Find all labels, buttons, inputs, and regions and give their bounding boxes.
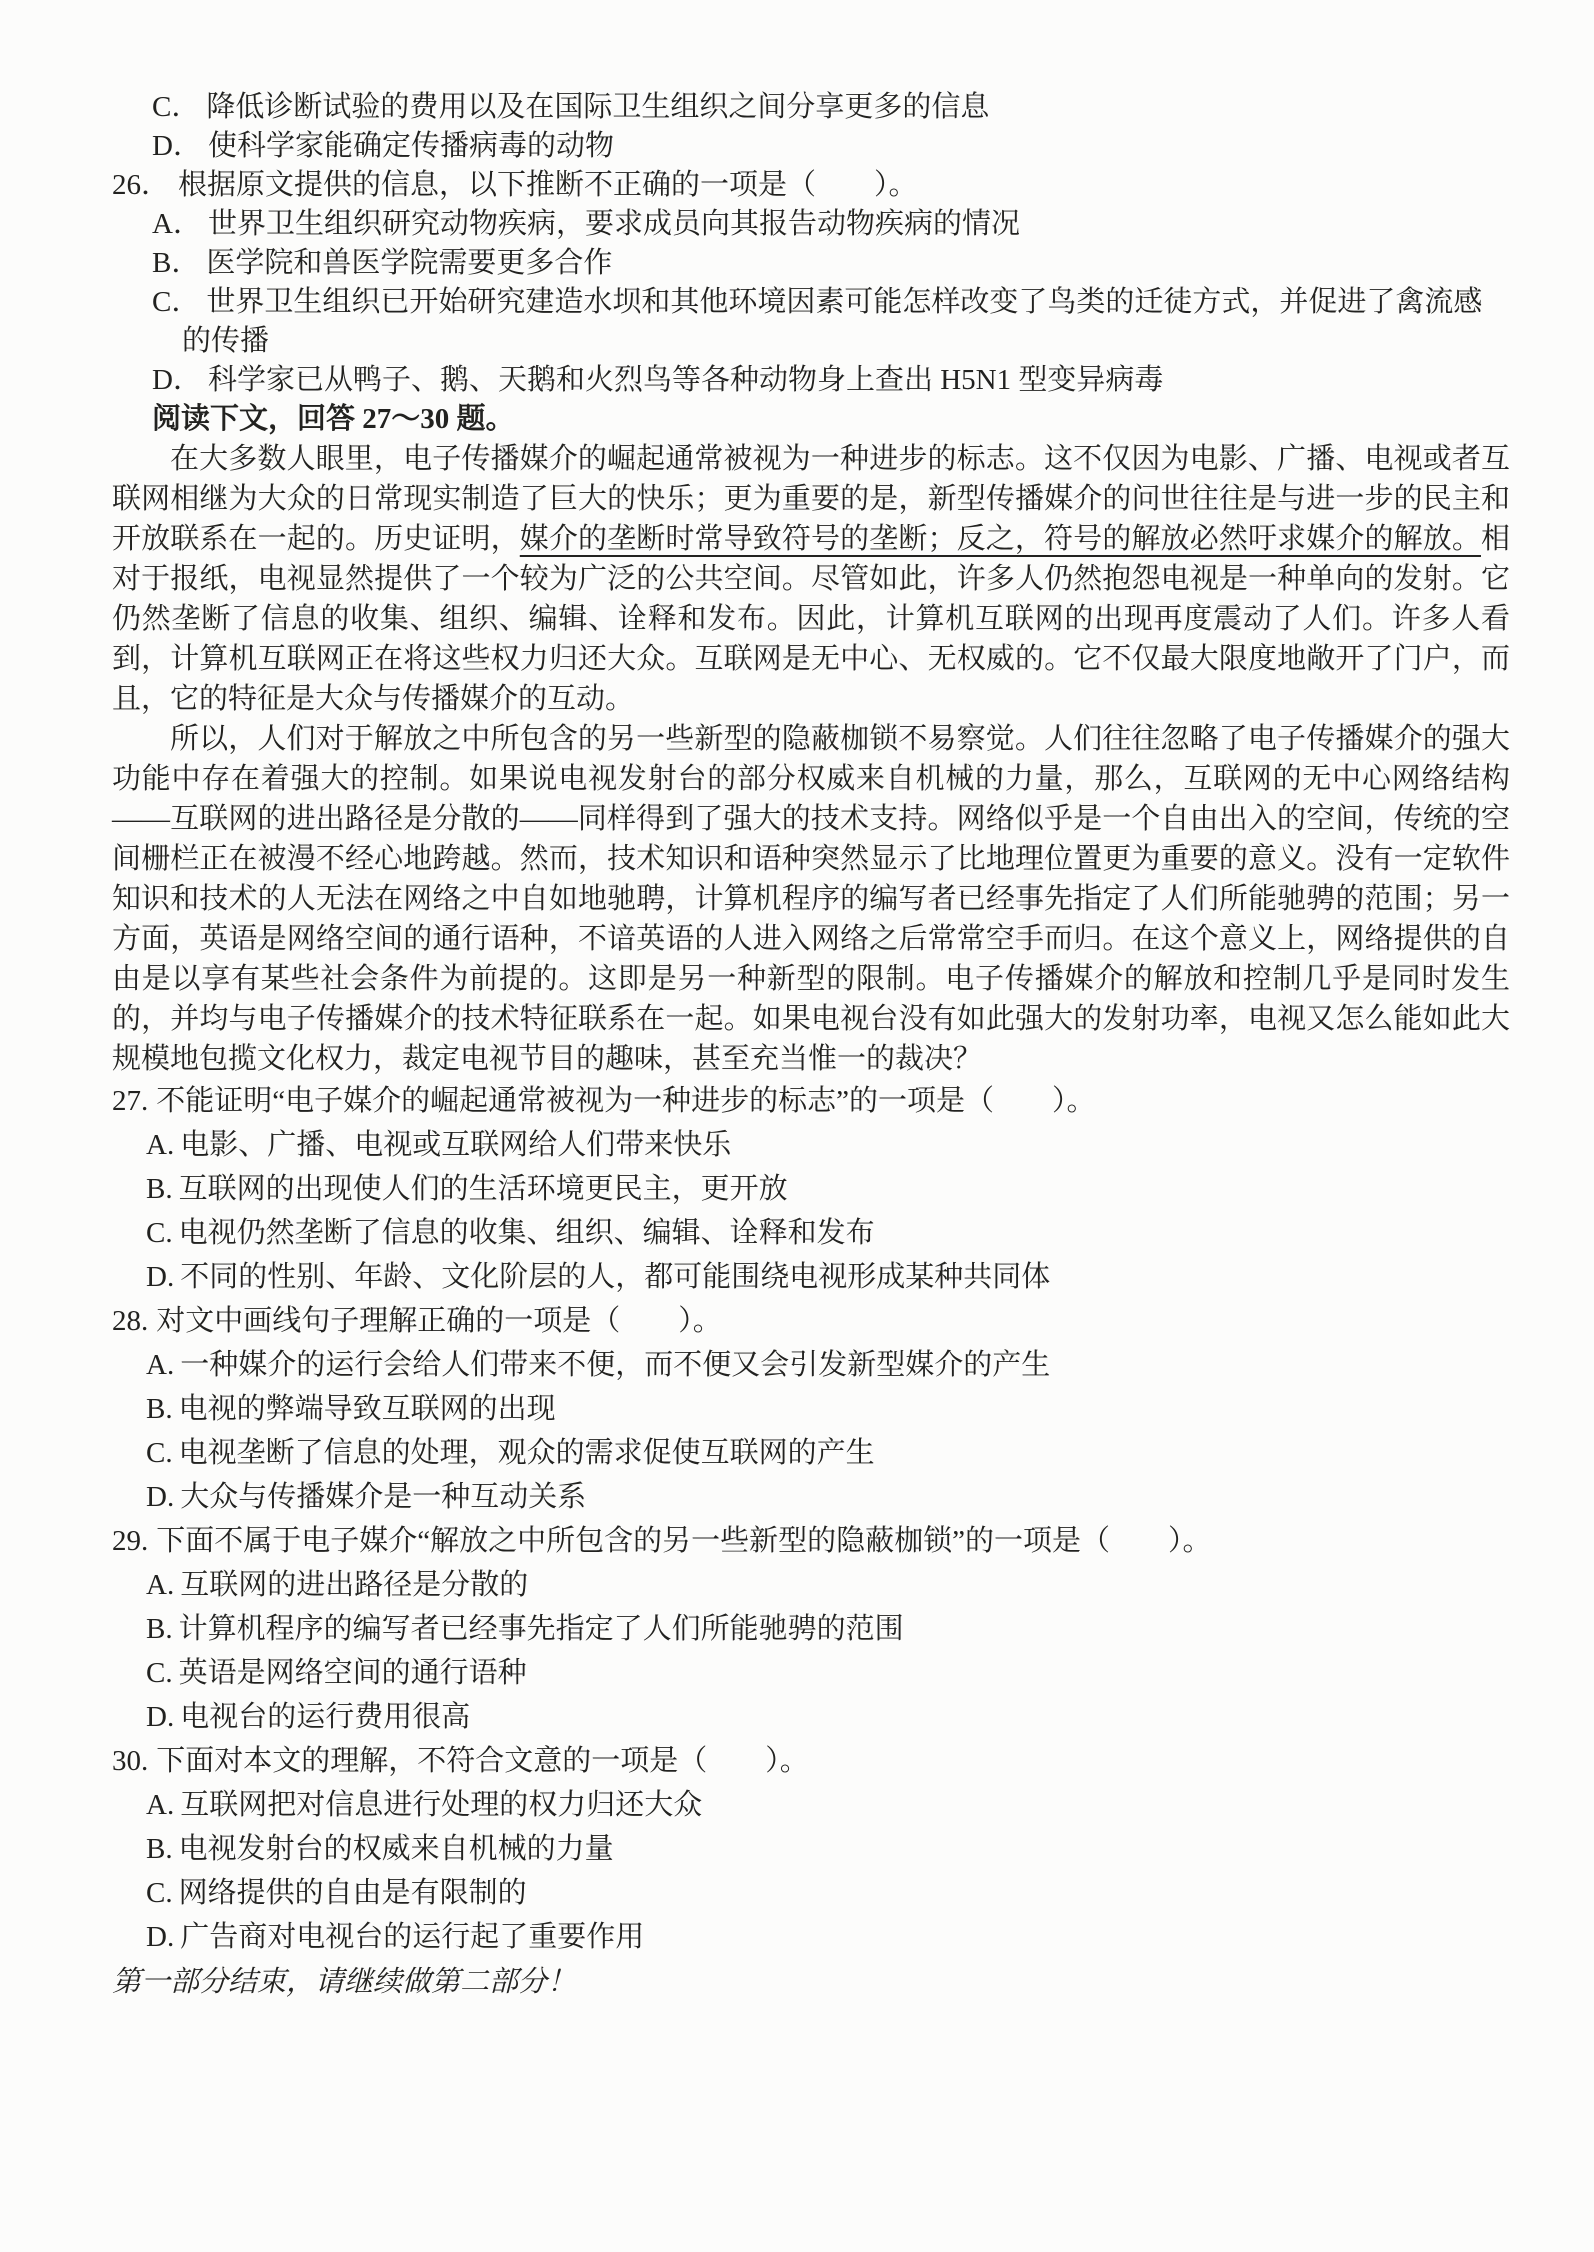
question-stem-text: 下面对本文的理解，不符合文意的一项是（ ）。 xyxy=(156,1745,809,1777)
passage-paragraph-2: 所以，人们对于解放之中所包含的另一些新型的隐蔽枷锁不易察觉。人们往往忽略了电子传… xyxy=(112,719,1510,1079)
question-stem-text: 下面不属于电子媒介“解放之中所包含的另一些新型的隐蔽枷锁”的一项是（ ）。 xyxy=(156,1525,1211,1557)
option-label: B. xyxy=(146,1173,173,1205)
option-label: B. xyxy=(146,1613,173,1645)
reading-instruction: 阅读下文，回答 27～30 题。 xyxy=(152,400,1510,439)
option-text: 科学家已从鸭子、鹅、天鹅和火烈鸟等各种动物身上查出 H5N1 型变异病毒 xyxy=(208,364,1163,396)
option-label: C. xyxy=(146,1437,173,1469)
option-label: D. xyxy=(146,1481,174,1513)
q29-option-d: D.电视台的运行费用很高 xyxy=(146,1695,1510,1739)
q30-option-d: D.广告商对电视台的运行起了重要作用 xyxy=(146,1915,1510,1959)
option-label: D． xyxy=(152,364,202,396)
option-text: 使科学家能确定传播病毒的动物 xyxy=(208,130,614,162)
option-text: 互联网的出现使人们的生活环境更民主，更开放 xyxy=(179,1173,788,1205)
q27-option-a: A.电影、广播、电视或互联网给人们带来快乐 xyxy=(146,1123,1510,1167)
q26-option-d: D．科学家已从鸭子、鹅、天鹅和火烈鸟等各种动物身上查出 H5N1 型变异病毒 xyxy=(152,361,1510,400)
q26-option-b: B．医学院和兽医学院需要更多合作 xyxy=(152,244,1510,283)
question-27-stem: 27.不能证明“电子媒介的崛起通常被视为一种进步的标志”的一项是（ ）。 xyxy=(112,1079,1510,1123)
option-label: C. xyxy=(146,1877,173,1909)
question-stem-text: 不能证明“电子媒介的崛起通常被视为一种进步的标志”的一项是（ ）。 xyxy=(156,1085,1095,1117)
question-number: 30. xyxy=(112,1745,148,1777)
question-29-stem: 29.下面不属于电子媒介“解放之中所包含的另一些新型的隐蔽枷锁”的一项是（ ）。 xyxy=(112,1519,1510,1563)
option-text: 电视仍然垄断了信息的收集、组织、编辑、诠释和发布 xyxy=(179,1217,875,1249)
q28-option-d: D.大众与传播媒介是一种互动关系 xyxy=(146,1475,1510,1519)
q26-option-a: A．世界卫生组织研究动物疾病，要求成员向其报告动物疾病的情况 xyxy=(152,205,1510,244)
question-number: 27. xyxy=(112,1085,148,1117)
q25-option-c: C．降低诊断试验的费用以及在国际卫生组织之间分享更多的信息 xyxy=(152,88,1510,127)
question-26-options: A．世界卫生组织研究动物疾病，要求成员向其报告动物疾病的情况 B．医学院和兽医学… xyxy=(152,205,1510,400)
section-end-note: 第一部分结束，请继续做第二部分！ xyxy=(112,1959,1510,2005)
option-text: 电视的弊端导致互联网的出现 xyxy=(179,1393,556,1425)
question-25-26-block: C．降低诊断试验的费用以及在国际卫生组织之间分享更多的信息 D．使科学家能确定传… xyxy=(112,88,1510,439)
q30-option-b: B.电视发射台的权威来自机械的力量 xyxy=(146,1827,1510,1871)
option-label: C. xyxy=(146,1657,173,1689)
option-label: A. xyxy=(146,1349,174,1381)
q26-option-c: C．世界卫生组织已开始研究建造水坝和其他环境因素可能怎样改变了鸟类的迁徒方式，并… xyxy=(152,283,1510,361)
option-label: A. xyxy=(146,1129,174,1161)
option-label: C． xyxy=(152,91,200,123)
option-text: 世界卫生组织研究动物疾病，要求成员向其报告动物疾病的情况 xyxy=(208,208,1020,240)
option-text: 电影、广播、电视或互联网给人们带来快乐 xyxy=(180,1129,731,1161)
q29-option-a: A.互联网的进出路径是分散的 xyxy=(146,1563,1510,1607)
option-label: C. xyxy=(146,1217,173,1249)
question-stem-text: 根据原文提供的信息，以下推断不正确的一项是（ ）。 xyxy=(178,169,918,201)
question-26-stem: 26．根据原文提供的信息，以下推断不正确的一项是（ ）。 xyxy=(112,166,1510,205)
question-number: 28. xyxy=(112,1305,148,1337)
option-label: A. xyxy=(146,1569,174,1601)
option-label: A. xyxy=(146,1789,174,1821)
option-label: D. xyxy=(146,1261,174,1293)
question-25-options: C．降低诊断试验的费用以及在国际卫生组织之间分享更多的信息 D．使科学家能确定传… xyxy=(152,88,1510,166)
q30-option-c: C.网络提供的自由是有限制的 xyxy=(146,1871,1510,1915)
q27-option-d: D.不同的性别、年龄、文化阶层的人，都可能围绕电视形成某种共同体 xyxy=(146,1255,1510,1299)
question-30-stem: 30.下面对本文的理解，不符合文意的一项是（ ）。 xyxy=(112,1739,1510,1783)
underlined-sentence: 媒介的垄断时常导致符号的垄断；反之，符号的解放必然吁求媒介的解放。 xyxy=(520,523,1481,555)
option-label: B. xyxy=(146,1833,173,1865)
option-text: 互联网把对信息进行处理的权力归还大众 xyxy=(180,1789,702,1821)
question-stem-text: 对文中画线句子理解正确的一项是（ ）。 xyxy=(156,1305,722,1337)
option-text: 大众与传播媒介是一种互动关系 xyxy=(180,1481,586,1513)
q27-option-c: C.电视仍然垄断了信息的收集、组织、编辑、诠释和发布 xyxy=(146,1211,1510,1255)
option-text: 电视台的运行费用很高 xyxy=(180,1701,470,1733)
exam-page: C．降低诊断试验的费用以及在国际卫生组织之间分享更多的信息 D．使科学家能确定传… xyxy=(0,0,1594,2252)
option-text: 医学院和兽医学院需要更多合作 xyxy=(206,247,612,279)
option-label: D. xyxy=(146,1921,174,1953)
option-text: 互联网的进出路径是分散的 xyxy=(180,1569,528,1601)
question-number: 29. xyxy=(112,1525,148,1557)
option-label: C． xyxy=(152,286,200,318)
question-number: 26． xyxy=(112,169,170,201)
passage-paragraph-1: 在大多数人眼里，电子传播媒介的崛起通常被视为一种进步的标志。这不仅因为电影、广播… xyxy=(112,439,1510,719)
option-text: 电视垄断了信息的处理，观众的需求促使互联网的产生 xyxy=(179,1437,875,1469)
reading-passage: 在大多数人眼里，电子传播媒介的崛起通常被视为一种进步的标志。这不仅因为电影、广播… xyxy=(112,439,1510,1079)
option-text: 网络提供的自由是有限制的 xyxy=(179,1877,527,1909)
q28-option-b: B.电视的弊端导致互联网的出现 xyxy=(146,1387,1510,1431)
q28-option-a: A.一种媒介的运行会给人们带来不便，而不便又会引发新型媒介的产生 xyxy=(146,1343,1510,1387)
option-text: 英语是网络空间的通行语种 xyxy=(179,1657,527,1689)
option-text: 降低诊断试验的费用以及在国际卫生组织之间分享更多的信息 xyxy=(206,91,989,123)
q28-option-c: C.电视垄断了信息的处理，观众的需求促使互联网的产生 xyxy=(146,1431,1510,1475)
q27-option-b: B.互联网的出现使人们的生活环境更民主，更开放 xyxy=(146,1167,1510,1211)
option-text: 电视发射台的权威来自机械的力量 xyxy=(179,1833,614,1865)
question-28-stem: 28.对文中画线句子理解正确的一项是（ ）。 xyxy=(112,1299,1510,1343)
option-label: D. xyxy=(146,1701,174,1733)
option-label: B. xyxy=(146,1393,173,1425)
questions-27-30: 27.不能证明“电子媒介的崛起通常被视为一种进步的标志”的一项是（ ）。 A.电… xyxy=(112,1079,1510,1959)
q29-option-c: C.英语是网络空间的通行语种 xyxy=(146,1651,1510,1695)
option-text: 不同的性别、年龄、文化阶层的人，都可能围绕电视形成某种共同体 xyxy=(180,1261,1050,1293)
option-label: B． xyxy=(152,247,200,279)
option-text: 广告商对电视台的运行起了重要作用 xyxy=(180,1921,644,1953)
option-text: 计算机程序的编写者已经事先指定了人们所能驰骋的范围 xyxy=(179,1613,904,1645)
option-label: A． xyxy=(152,208,202,240)
q29-option-b: B.计算机程序的编写者已经事先指定了人们所能驰骋的范围 xyxy=(146,1607,1510,1651)
option-label: D． xyxy=(152,130,202,162)
q30-option-a: A.互联网把对信息进行处理的权力归还大众 xyxy=(146,1783,1510,1827)
option-text: 世界卫生组织已开始研究建造水坝和其他环境因素可能怎样改变了鸟类的迁徒方式，并促进… xyxy=(182,286,1482,357)
option-text: 一种媒介的运行会给人们带来不便，而不便又会引发新型媒介的产生 xyxy=(180,1349,1050,1381)
q25-option-d: D．使科学家能确定传播病毒的动物 xyxy=(152,127,1510,166)
